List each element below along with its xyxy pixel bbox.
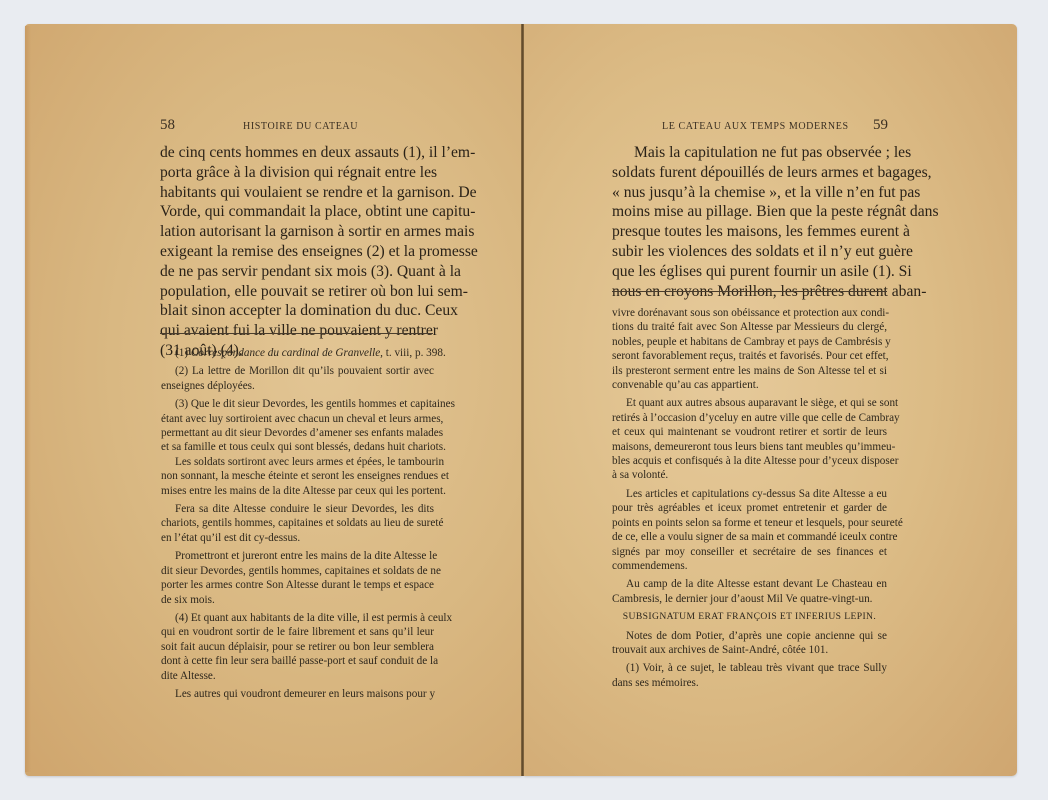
footnote-4-line: qui en voudront sortir de le faire libre… [161, 625, 434, 639]
footnote-cont-line: tions du traité fait avec Son Altesse pa… [612, 320, 887, 334]
footnote-para-line: Fera sa dite Altesse conduire le sieur D… [161, 502, 434, 516]
footnote-para-line: commendemens. [612, 559, 887, 573]
footnote-para-line: maisons, demeureront tous leurs biens ta… [612, 440, 887, 454]
footnote-cont-line: convenable qu’au cas appartient. [612, 378, 887, 392]
footnote-para-line: Les soldats sortiront avec leurs armes e… [161, 455, 434, 469]
footnote-3-line: étant avec luy sortiroient avec chacun u… [161, 412, 434, 426]
footnote-cont-line: ils presteront serment entre les mains d… [612, 364, 887, 378]
footnote-3-line: (3) Que le dit sieur Devordes, les genti… [161, 397, 434, 411]
footnote-1-right-line: (1) Voir, à ce sujet, le tableau très vi… [612, 661, 887, 675]
footnote-para-line: chariots, gentils hommes, capitaines et … [161, 516, 434, 530]
footnote-para-line: dit sieur Devordes, gentils hommes, capi… [161, 564, 434, 578]
body-line: porta grâce à la division qui régnait en… [160, 163, 434, 183]
right-body-text: Mais la capitulation ne fut pas observée… [612, 143, 886, 301]
footnote-rule-right [612, 291, 887, 292]
page-number-left: 58 [160, 117, 175, 134]
footnote-para-line: Les articles et capitulations cy-dessus … [612, 487, 887, 501]
footnote-rule-left [160, 333, 433, 334]
running-head-right: LE CATEAU AUX TEMPS MODERNES [662, 121, 849, 132]
footnote-para-line: pour très agréables et iceux promet entr… [612, 501, 887, 515]
footnote-3-line: permettant au dit sieur Devordes d’amene… [161, 426, 434, 440]
body-line: que les églises qui purent fournir un as… [612, 262, 886, 282]
running-head-left: HISTOIRE DU CATEAU [243, 121, 358, 132]
footnote-4-line: dite Altesse. [161, 669, 434, 683]
footnote-para-line: Au camp de la dite Altesse estant devant… [612, 577, 887, 591]
footnote-cont-line: nobles, peuple et habitans de Cambray et… [612, 335, 887, 349]
footnote-2-line: enseignes déployées. [161, 379, 434, 393]
body-line: « nus jusqu’à la chemise », et la ville … [612, 183, 886, 203]
footnote-4-line: (4) Et quant aux habitants de la dite vi… [161, 611, 434, 625]
footnote-4-line: soit fait aucun déplaisir, pour se retir… [161, 640, 434, 654]
footnote-para-line: trouvait aux archives de Saint-André, cô… [612, 643, 887, 657]
footnote-para-line: Et quant aux autres absous auparavant le… [612, 396, 887, 410]
footnote-2-line: (2) La lettre de Morillon dit qu’ils pou… [161, 364, 434, 378]
body-line: lation autorisant la garnison à sortir e… [160, 222, 434, 242]
book-spine [521, 24, 524, 776]
footnote-para-line: signés par moy conseiller et secrétaire … [612, 545, 887, 559]
footnote-para-line: retirés à l’occasion d’yceluy en autre v… [612, 411, 887, 425]
body-line: moins mise au pillage. Bien que la peste… [612, 202, 886, 222]
body-line: de cinq cents hommes en deux assauts (1)… [160, 143, 434, 163]
body-line: exigeant la remise des enseignes (2) et … [160, 242, 434, 262]
footnote-1-title: Correspondance du cardinal de Granvelle, [191, 347, 383, 359]
footnote-1: (1) Correspondance du cardinal de Granve… [161, 346, 434, 360]
footnote-para-line: de ce, elle a voulu signer de sa main et… [612, 530, 887, 544]
body-line: de ne pas servir pendant six mois (3). Q… [160, 262, 434, 282]
footnote-3-line: et sa famille et tous ceulx qui sont ble… [161, 440, 434, 454]
footnote-para-line: Les autres qui voudront demeurer en leur… [161, 687, 434, 701]
body-line: Vorde, qui commandait la place, obtint u… [160, 202, 434, 222]
footnote-cont-line: seront favorablement reçus, traités et f… [612, 349, 887, 363]
body-line: presque toutes les maisons, les femmes e… [612, 222, 886, 242]
footnote-para-line: à sa volonté. [612, 468, 887, 482]
footnote-4-line: dont à cette fin leur sera baillé passe-… [161, 654, 434, 668]
page-number-right: 59 [873, 117, 888, 134]
body-line: soldats furent dépouillés de leurs armes… [612, 163, 886, 183]
footnote-para-line: Cambresis, le dernier jour d’aoust Mil V… [612, 592, 887, 606]
signature-line: SUBSIGNATUM ERAT FRANÇOIS ET INFERIUS LE… [612, 610, 887, 624]
footnote-para-line: bles acquis et confisqués à la dite Alte… [612, 454, 887, 468]
footnote-para-line: de six mois. [161, 593, 434, 607]
left-page-edge [25, 26, 31, 772]
left-footnotes: (1) Correspondance du cardinal de Granve… [161, 346, 434, 701]
footnote-para-line: Promettront et jureront entre les mains … [161, 549, 434, 563]
body-line: Mais la capitulation ne fut pas observée… [612, 143, 886, 163]
footnote-para-line: points en points selon sa forme et teneu… [612, 516, 887, 530]
body-line: qui avaient fui la ville ne pouvaient y … [160, 321, 434, 341]
footnote-para-line: porter les armes contre Son Altesse dura… [161, 578, 434, 592]
body-line: population, elle pouvait se retirer où b… [160, 282, 434, 302]
body-line: subir les violences des soldats et il n’… [612, 242, 886, 262]
footnote-cont-line: vivre dorénavant sous son obéissance et … [612, 306, 887, 320]
footnote-para-line: mises entre les mains de la dite Altesse… [161, 484, 434, 498]
body-line: habitants qui voulaient se rendre et la … [160, 183, 434, 203]
right-footnotes: vivre dorénavant sous son obéissance et … [612, 306, 887, 690]
body-line: blait sinon accepter la domination du du… [160, 301, 434, 321]
footnote-para-line: et ceux qui maintenant se voudront retir… [612, 425, 887, 439]
left-body-text: de cinq cents hommes en deux assauts (1)… [160, 143, 434, 361]
footnote-1-right-line: dans ses mémoires. [612, 676, 887, 690]
footnote-para-line: non sonnant, la mesche éteinte et seront… [161, 469, 434, 483]
footnote-para-line: Notes de dom Potier, d’après une copie a… [612, 629, 887, 643]
footnote-para-line: en l’état qu’il est dit cy-dessus. [161, 531, 434, 545]
